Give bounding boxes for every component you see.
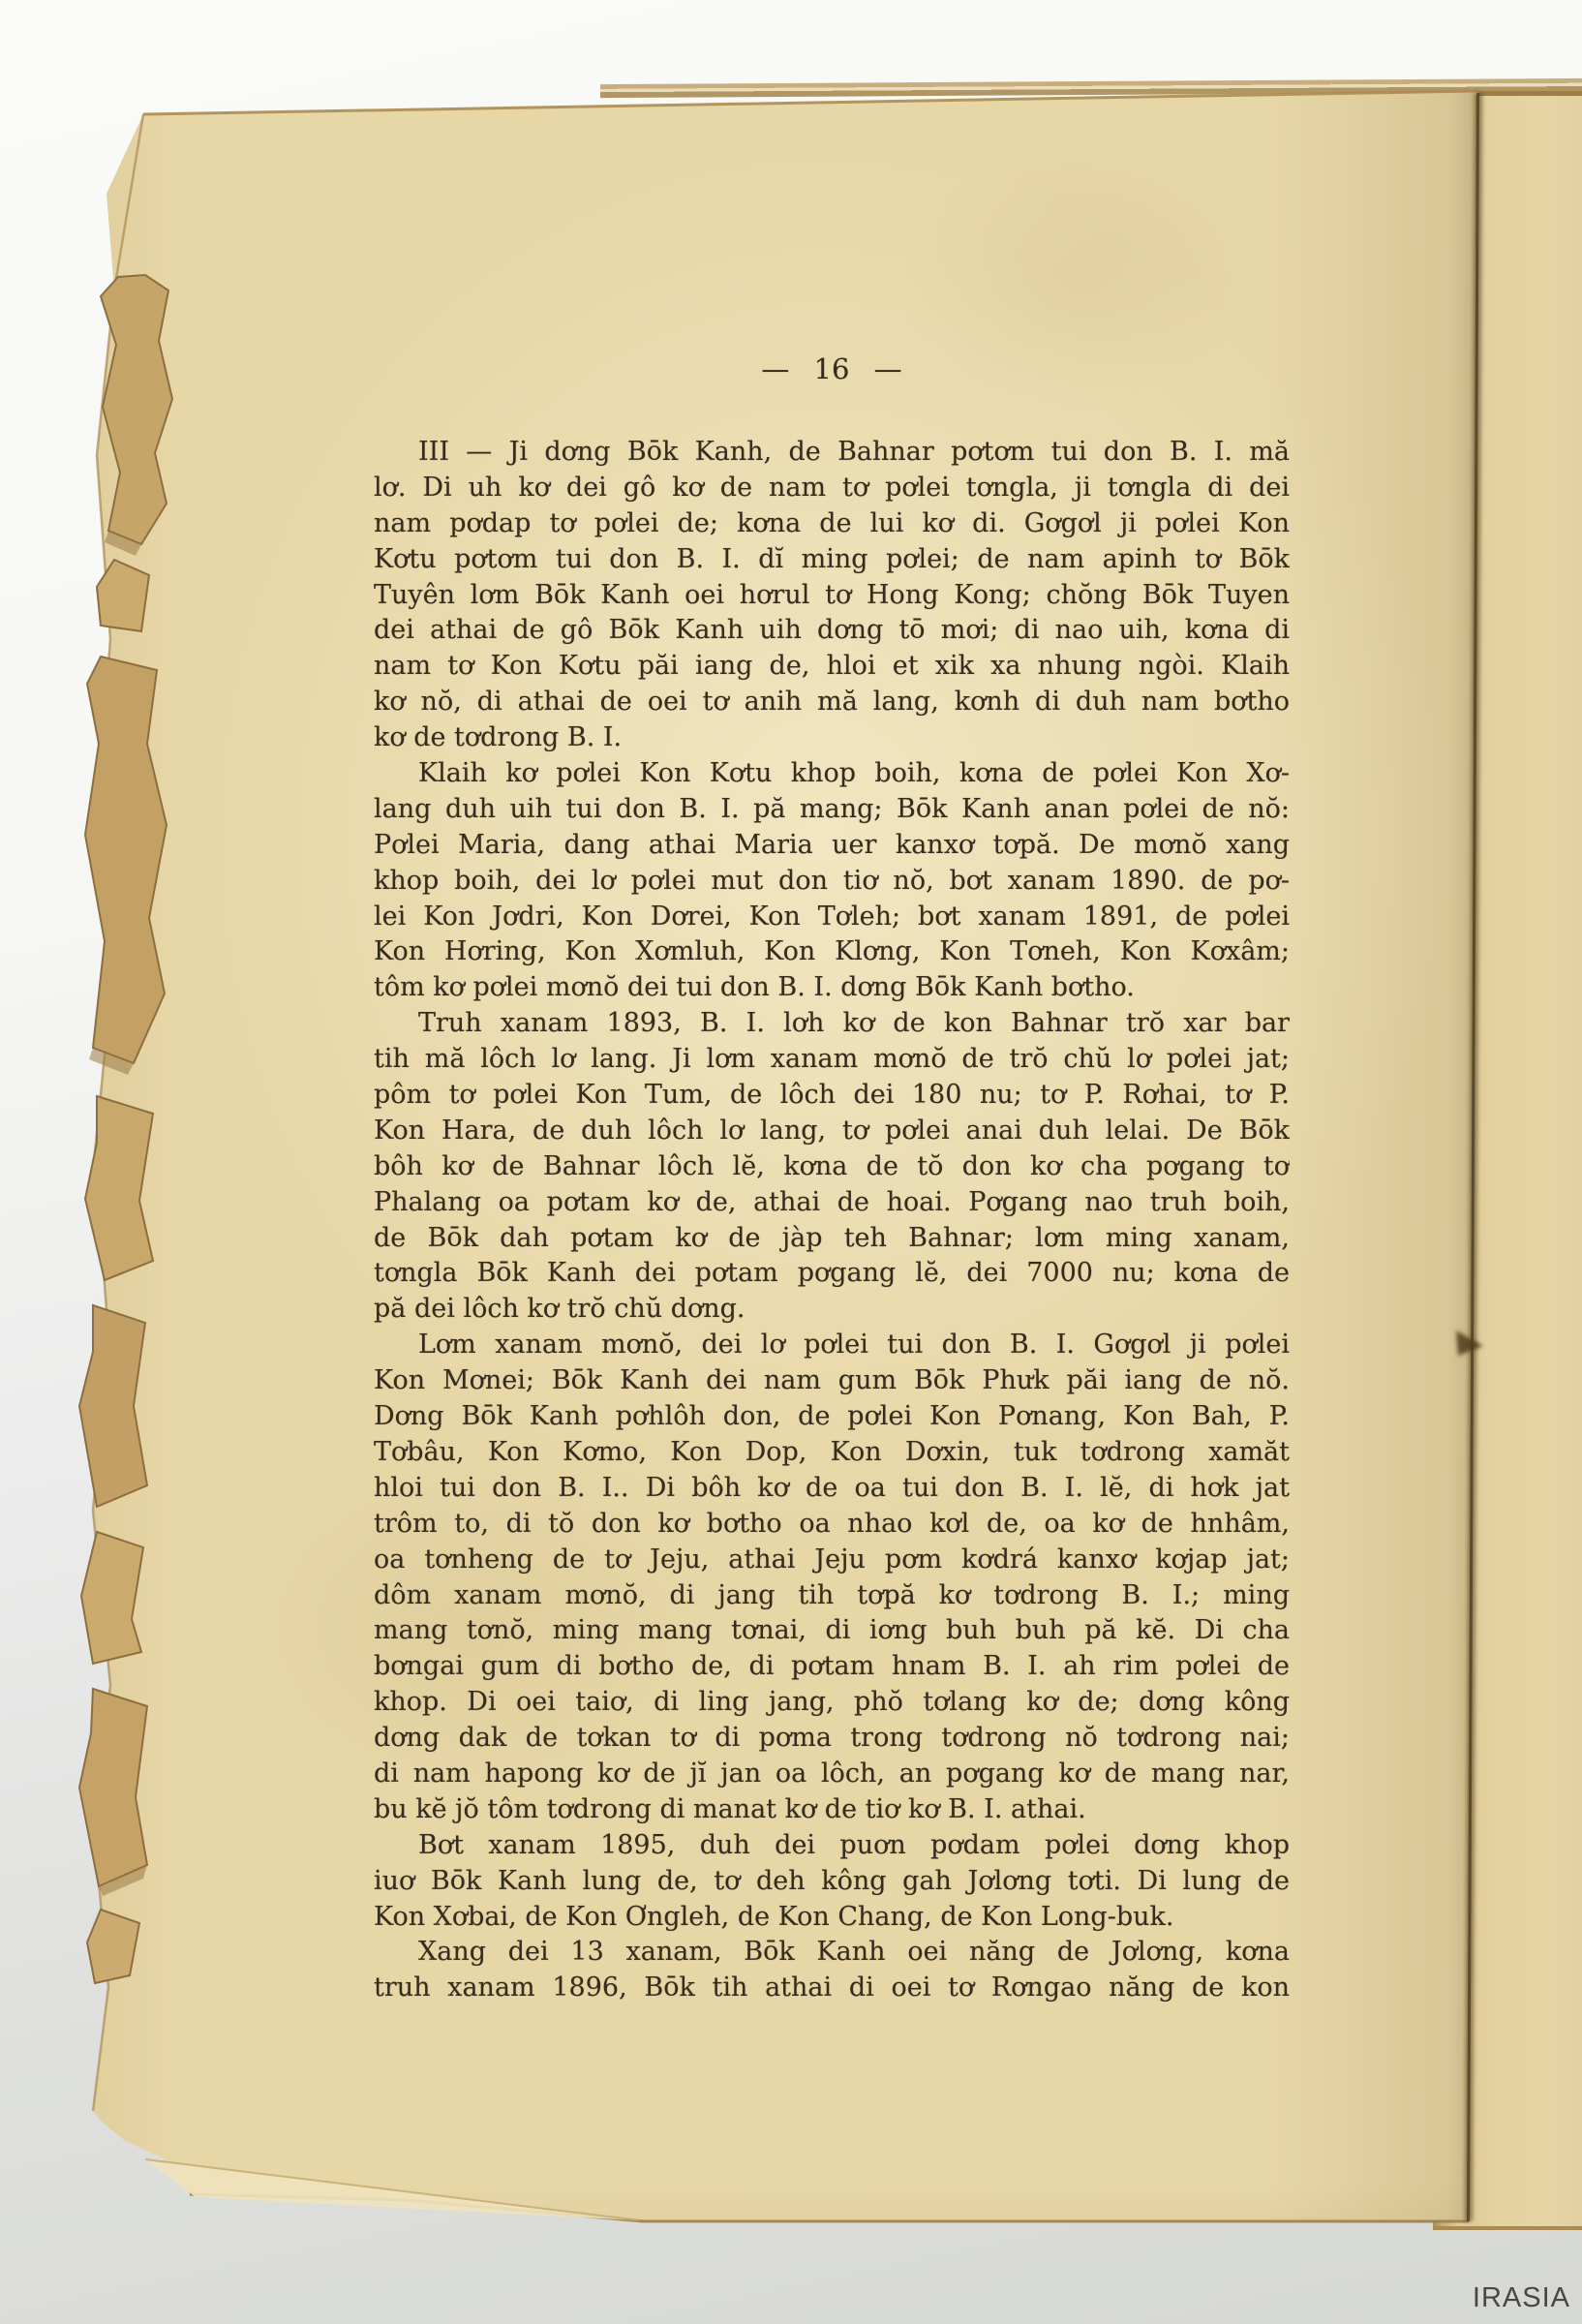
text-line: lei Kon Jơdri, Kon Dơrei, Kon Tơleh; bơt… bbox=[374, 900, 1290, 935]
text-line: Pơlei Maria, dang athai Maria uer kanxơ … bbox=[374, 828, 1290, 864]
text-line: dôm xanam mơnŏ, di jang tih tơpă kơ tơdr… bbox=[374, 1578, 1290, 1614]
page-text: III — Ji dơng Bōk Kanh, de Bahnar pơtơm … bbox=[374, 435, 1290, 2006]
text-line: di nam hapong kơ de jĭ jan oa lôch, an p… bbox=[374, 1757, 1290, 1792]
text-line: hloi tui don B. I.. Di bôh kơ de oa tui … bbox=[374, 1471, 1290, 1507]
text-line: khop boih, dei lơ pơlei mut don tiơ nŏ, … bbox=[374, 864, 1290, 900]
text-line: dei athai de gô Bōk Kanh uih dơng tō mơi… bbox=[374, 613, 1290, 649]
text-line: Kon Hara, de duh lôch lơ lang, tơ pơlei … bbox=[374, 1114, 1290, 1149]
text-line: nam pơdap tơ pơlei de; kơna de lui kơ di… bbox=[374, 506, 1290, 542]
text-line: Phalang oa pơtam kơ de, athai de hoai. P… bbox=[374, 1185, 1290, 1221]
text-line: Truh xanam 1893, B. I. lơh kơ de kon Bah… bbox=[374, 1006, 1290, 1042]
text-line: Bơt xanam 1895, duh dei puơn pơdam pơlei… bbox=[374, 1828, 1290, 1864]
text-line: tôm kơ pơlei mơnŏ dei tui don B. I. dơng… bbox=[374, 970, 1290, 1006]
text-line: bơngai gum di bơtho de, di pơtam hnam B.… bbox=[374, 1649, 1290, 1685]
text-line: oa tơnheng de tơ Jeju, athai Jeju pơm kơ… bbox=[374, 1543, 1290, 1578]
text-line: Xang dei 13 xanam, Bōk Kanh oei năng de … bbox=[374, 1935, 1290, 1971]
text-line: khop. Di oei taiơ, di ling jang, phŏ tơl… bbox=[374, 1685, 1290, 1721]
text-line: truh xanam 1896, Bōk tih athai di oei tơ… bbox=[374, 1971, 1290, 2006]
text-line: kơ de tơdrong B. I. bbox=[374, 720, 1290, 756]
text-line: tơngla Bōk Kanh dei pơtam pơgang lĕ, dei… bbox=[374, 1256, 1290, 1292]
text-line: Kon Hơring, Kon Xơmluh, Kon Klơng, Kon T… bbox=[374, 934, 1290, 970]
text-line: iuơ Bōk Kanh lung de, tơ deh kông gah Jơ… bbox=[374, 1864, 1290, 1900]
page-number: — 16 — bbox=[374, 352, 1290, 385]
text-line: bôh kơ de Bahnar lôch lĕ, kơna de tŏ don… bbox=[374, 1149, 1290, 1185]
text-line: Tuyên lơm Bōk Kanh oei hơrul tơ Hong Kon… bbox=[374, 578, 1290, 614]
text-line: Dơng Bōk Kanh pơhlôh don, de pơlei Kon P… bbox=[374, 1399, 1290, 1435]
text-line: dơng dak de tơkan tơ di pơma trong tơdro… bbox=[374, 1721, 1290, 1757]
text-line: Tơbâu, Kon Kơmo, Kon Dop, Kon Dơxin, tuk… bbox=[374, 1435, 1290, 1471]
text-line: bu kĕ jŏ tôm tơdrong di manat kơ de tiơ … bbox=[374, 1792, 1290, 1828]
text-line: de Bōk dah pơtam kơ de jàp teh Bahnar; l… bbox=[374, 1221, 1290, 1257]
text-line: Klaih kơ pơlei Kon Kơtu khop boih, kơna … bbox=[374, 756, 1290, 792]
text-line: III — Ji dơng Bōk Kanh, de Bahnar pơtơm … bbox=[374, 435, 1290, 471]
scan-background: — 16 — III — Ji dơng Bōk Kanh, de Bahnar… bbox=[0, 0, 1582, 2324]
text-line: kơ nŏ, di athai de oei tơ anih mă lang, … bbox=[374, 685, 1290, 720]
text-line: Kon Mơnei; Bōk Kanh dei nam gum Bōk Phưk… bbox=[374, 1363, 1290, 1399]
irasia-watermark: IRASIA bbox=[1473, 2282, 1570, 2314]
text-line: trôm to, di tŏ don kơ bơtho oa nhao kơl … bbox=[374, 1507, 1290, 1543]
book-page: — 16 — III — Ji dơng Bōk Kanh, de Bahnar… bbox=[0, 0, 1582, 2324]
text-line: Kon Xơbai, de Kon Ơngleh, de Kon Chang, … bbox=[374, 1900, 1290, 1936]
text-line: lang duh uih tui don B. I. pă mang; Bōk … bbox=[374, 792, 1290, 828]
text-line: nam tơ Kon Kơtu păi iang de, hloi et xik… bbox=[374, 649, 1290, 685]
text-line: pôm tơ pơlei Kon Tum, de lôch dei 180 nu… bbox=[374, 1078, 1290, 1114]
text-line: tih mă lôch lơ lang. Ji lơm xanam mơnŏ d… bbox=[374, 1042, 1290, 1078]
text-line: lơ. Di uh kơ dei gô kơ de nam tơ pơlei t… bbox=[374, 471, 1290, 506]
text-line: pă dei lôch kơ trŏ chŭ dơng. bbox=[374, 1292, 1290, 1328]
text-line: Lơm xanam mơnŏ, dei lơ pơlei tui don B. … bbox=[374, 1328, 1290, 1363]
text-line: Kơtu pơtơm tui don B. I. dĭ ming pơlei; … bbox=[374, 542, 1290, 578]
text-line: mang tơnŏ, ming mang tơnai, di iơng buh … bbox=[374, 1613, 1290, 1649]
